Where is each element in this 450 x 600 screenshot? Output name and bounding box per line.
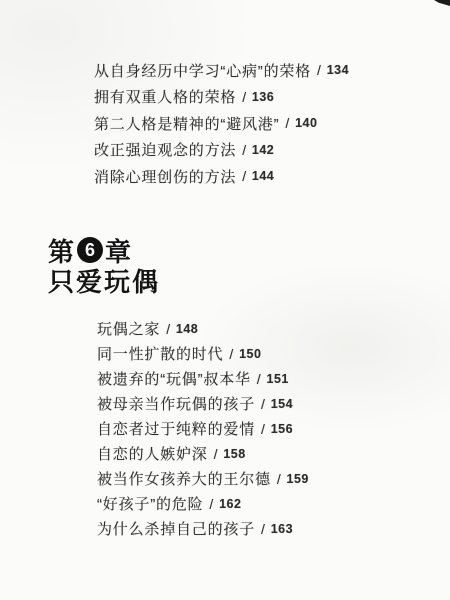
toc-entry-separator: /: [229, 346, 234, 362]
toc-entry-title: 从自身经历中学习“心病”的荣格: [94, 60, 311, 81]
toc-entry: 自恋的人嫉妒深/158: [97, 441, 309, 466]
toc-entry-separator: /: [242, 168, 247, 184]
toc-list-upper: 从自身经历中学习“心病”的荣格/134 拥有双重人格的荣格/136 第二人格是精…: [94, 57, 349, 190]
toc-entry-separator: /: [317, 62, 322, 78]
toc-entry: 被当作女孩养大的王尔德/159: [97, 466, 309, 491]
toc-entry-title: 为什么杀掉自己的孩子: [97, 518, 255, 539]
toc-entry-title: 自恋者过于纯粹的爱情: [97, 418, 255, 439]
chapter-number-badge: 6: [77, 237, 103, 263]
toc-entry: 从自身经历中学习“心病”的荣格/134: [94, 57, 349, 84]
toc-entry-separator: /: [257, 371, 262, 387]
toc-entry-page: 163: [271, 522, 293, 536]
toc-entry: 拥有双重人格的荣格/136: [94, 84, 349, 111]
toc-entry: 被遗弃的“玩偶”叔本华/151: [97, 366, 309, 391]
toc-entry: 被母亲当作玩偶的孩子/154: [97, 391, 309, 416]
toc-entry-separator: /: [261, 421, 266, 437]
toc-entry-title: 被遗弃的“玩偶”叔本华: [97, 368, 251, 389]
toc-entry-page: 154: [271, 397, 293, 411]
toc-entry-page: 162: [219, 497, 241, 511]
toc-entry: 第二人格是精神的“避风港”/140: [94, 110, 349, 137]
toc-entry-title: 被母亲当作玩偶的孩子: [97, 393, 255, 414]
toc-entry-separator: /: [261, 396, 266, 412]
toc-entry-page: 158: [223, 447, 245, 461]
toc-entry-separator: /: [261, 521, 266, 537]
chapter-title: 只爱玩偶: [48, 266, 160, 298]
toc-entry-separator: /: [242, 142, 247, 158]
toc-entry-title: “好孩子”的危险: [97, 493, 203, 514]
toc-entry-separator: /: [285, 115, 290, 131]
toc-entry-page: 144: [252, 169, 274, 183]
toc-entry-page: 151: [267, 372, 289, 386]
toc-entry: 同一性扩散的时代/150: [97, 341, 309, 366]
toc-entry-separator: /: [209, 496, 214, 512]
toc-entry-page: 148: [176, 322, 198, 336]
toc-entry-page: 159: [287, 472, 309, 486]
toc-entry-title: 改正强迫观念的方法: [94, 139, 236, 160]
toc-entry-page: 142: [252, 143, 274, 157]
toc-entry-title: 玩偶之家: [97, 318, 160, 339]
toc-entry-title: 同一性扩散的时代: [97, 343, 223, 364]
toc-list-lower: 玩偶之家/148 同一性扩散的时代/150 被遗弃的“玩偶”叔本华/151 被母…: [97, 316, 309, 541]
toc-entry: 消除心理创伤的方法/144: [94, 163, 349, 190]
toc-entry-separator: /: [214, 446, 219, 462]
toc-entry-page: 140: [295, 116, 317, 130]
toc-entry-separator: /: [242, 89, 247, 105]
toc-entry: 为什么杀掉自己的孩子/163: [97, 516, 309, 541]
toc-entry: “好孩子”的危险/162: [97, 491, 309, 516]
toc-entry-page: 150: [239, 347, 261, 361]
toc-entry-title: 被当作女孩养大的王尔德: [97, 468, 271, 489]
scan-artifact-mark: [434, 0, 450, 6]
book-toc-page: 从自身经历中学习“心病”的荣格/134 拥有双重人格的荣格/136 第二人格是精…: [0, 0, 450, 600]
chapter-prefix: 第: [48, 232, 75, 269]
toc-entry-title: 自恋的人嫉妒深: [97, 443, 208, 464]
chapter-suffix: 章: [105, 232, 132, 269]
toc-entry-separator: /: [277, 471, 282, 487]
toc-entry-title: 拥有双重人格的荣格: [94, 86, 236, 107]
chapter-number-line: 第 6 章: [48, 234, 160, 266]
toc-entry-title: 第二人格是精神的“避风港”: [94, 113, 279, 134]
toc-entry-separator: /: [166, 321, 171, 337]
chapter-6-heading: 第 6 章 只爱玩偶: [48, 234, 160, 298]
toc-entry-title: 消除心理创伤的方法: [94, 166, 236, 187]
toc-entry: 玩偶之家/148: [97, 316, 309, 341]
toc-entry-page: 136: [252, 90, 274, 104]
toc-entry-page: 156: [271, 422, 293, 436]
toc-entry-page: 134: [327, 63, 349, 77]
toc-entry: 改正强迫观念的方法/142: [94, 137, 349, 164]
toc-entry: 自恋者过于纯粹的爱情/156: [97, 416, 309, 441]
